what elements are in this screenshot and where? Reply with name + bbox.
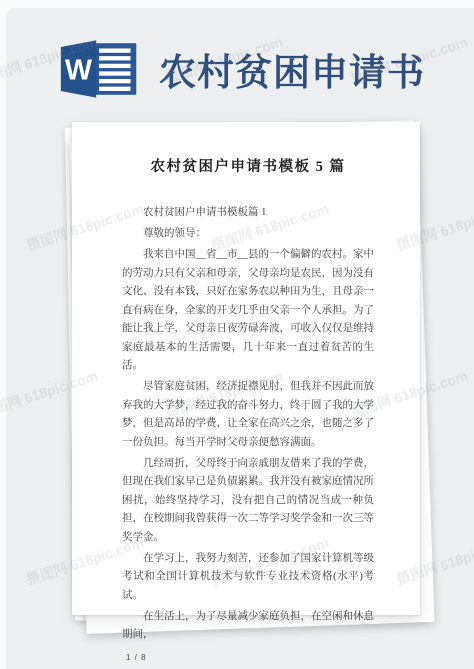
header: W 农村贫困申请书	[58, 37, 425, 101]
page-number: 1 / 8	[126, 653, 374, 662]
doc-paragraph: 尊敬的领导：	[122, 225, 374, 244]
page-title: 农村贫困申请书	[159, 42, 425, 96]
document-body: 农村贫困户申请书模板篇 1尊敬的领导：我来自中国__省__市__县的一个偏僻的农…	[122, 204, 374, 645]
document-page: 农村贫困户申请书模板 5 篇 农村贫困户申请书模板篇 1尊敬的领导：我来自中国_…	[72, 122, 420, 615]
doc-paragraph: 在学习上，我努力刻苦，还参加了国家计算机等级考试和全国计算机技术与软件专业技术资…	[122, 550, 374, 606]
preview-stage: W 农村贫困申请书 农村贫困户申请书模板 5 篇 农村贫困户申请书模板篇 1尊敬…	[0, 0, 474, 669]
document-preview[interactable]: 农村贫困户申请书模板 5 篇 农村贫困户申请书模板篇 1尊敬的领导：我来自中国_…	[72, 122, 420, 615]
doc-paragraph: 几经周折，父母终于向亲戚朋友借来了我的学费，但现在我们家早已是负债累累。我并没有…	[122, 455, 374, 548]
word-document-icon: W	[58, 37, 142, 101]
doc-paragraph: 在生活上，为了尽量减少家庭负担，在空闲和休息期间，	[122, 608, 374, 645]
doc-paragraph: 我来自中国__省__市__县的一个偏僻的农村。家中的劳动力只有父亲和母亲，父母亲…	[122, 246, 374, 376]
document-title: 农村贫困户申请书模板 5 篇	[122, 155, 374, 176]
doc-paragraph: 农村贫困户申请书模板篇 1	[122, 204, 374, 223]
doc-paragraph: 尽管家庭贫困，经济捉襟见肘，但我并不因此而放弃我的大学梦，经过我的奋斗努力，终于…	[122, 378, 374, 452]
word-icon-letter: W	[65, 55, 92, 87]
